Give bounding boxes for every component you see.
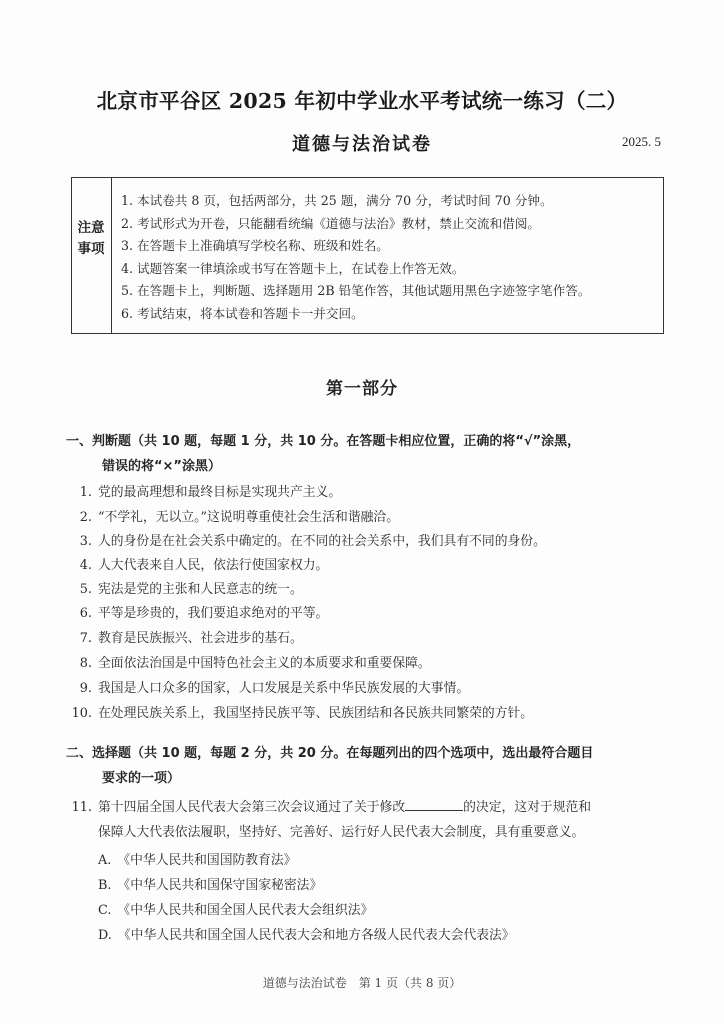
question-text: 人的身份是在社会关系中确定的。在不同的社会关系中，我们具有不同的身份。: [98, 534, 546, 549]
section1-heading-line2: 错误的将“×”涂黑）: [102, 455, 221, 474]
question-text: “不学礼，无以立。”这说明尊重使社会生活和谐融洽。: [98, 510, 399, 525]
question-text: 教育是民族振兴、社会进步的基石。: [98, 631, 303, 646]
question-text: 我国是人口众多的国家，人口发展是关系中华民族发展的大事情。: [98, 681, 469, 696]
question-item: 1.党的最高理想和最终目标是实现共产主义。: [68, 481, 341, 500]
question-text: 全面依法治国是中国特色社会主义的本质要求和重要保障。: [98, 656, 431, 671]
option-c: C.《中华人民共和国全国人民代表大会组织法》: [98, 899, 373, 918]
exam-title: 北京市平谷区 2025 年初中学业水平考试统一练习（二）: [0, 84, 724, 114]
option-letter: C.: [98, 903, 111, 918]
question-text: 在处理民族关系上，我国坚持民族平等、民族团结和各民族共同繁荣的方针。: [98, 706, 533, 721]
option-text: 《中华人民共和国全国人民代表大会组织法》: [117, 903, 373, 918]
question-number: 5.: [68, 582, 92, 597]
notice-list: 1. 本试卷共 8 页，包括两部分，共 25 题，满分 70 分，考试时间 70…: [121, 190, 590, 326]
option-letter: A.: [98, 853, 111, 868]
question-11-line1: 11.第十四届全国人民代表大会第三次会议通过了关于修改的决定，这对于规范和: [68, 796, 591, 815]
question-item: 10.在处理民族关系上，我国坚持民族平等、民族团结和各民族共同繁荣的方针。: [68, 702, 533, 721]
question-11-line2: 保障人大代表依法履职，坚持好、完善好、运行好人民代表大会制度，具有重要意义。: [98, 821, 584, 840]
question-text: 平等是珍贵的，我们要追求绝对的平等。: [98, 606, 328, 621]
notice-label-column: 注意事项: [72, 178, 112, 333]
question-item: 4.人大代表来自人民，依法行使国家权力。: [68, 554, 328, 573]
fill-blank: [405, 798, 463, 811]
question-number: 6.: [68, 606, 92, 621]
option-text: 《中华人民共和国全国人民代表大会和地方各级人民代表大会代表法》: [118, 928, 515, 943]
option-b: B.《中华人民共和国保守国家秘密法》: [98, 874, 322, 893]
question-text: 第十四届全国人民代表大会第三次会议通过了关于修改: [98, 800, 405, 815]
option-letter: D.: [98, 928, 112, 943]
notice-item: 5. 在答题卡上，判断题、选择题用 2B 铅笔作答，其他试题用黑色字迹签字笔作答…: [121, 280, 590, 303]
question-number: 3.: [68, 534, 92, 549]
option-text: 《中华人民共和国国防教育法》: [117, 853, 296, 868]
question-number: 8.: [68, 656, 92, 671]
section1-heading-line1: 一、判断题（共 10 题，每题 1 分，共 10 分。在答题卡相应位置，正确的将…: [66, 430, 580, 449]
question-number: 11.: [68, 800, 92, 815]
option-text: 《中华人民共和国保守国家秘密法》: [117, 878, 322, 893]
exam-date: 2025. 5: [622, 134, 661, 150]
question-number: 10.: [68, 706, 92, 721]
question-item: 7.教育是民族振兴、社会进步的基石。: [68, 627, 303, 646]
question-item: 5.宪法是党的主张和人民意志的统一。: [68, 578, 303, 597]
question-item: 3.人的身份是在社会关系中确定的。在不同的社会关系中，我们具有不同的身份。: [68, 530, 546, 549]
question-item: 8.全面依法治国是中国特色社会主义的本质要求和重要保障。: [68, 652, 431, 671]
notice-item: 6. 考试结束，将本试卷和答题卡一并交回。: [121, 303, 590, 326]
option-a: A.《中华人民共和国国防教育法》: [98, 849, 296, 868]
notice-item: 4. 试题答案一律填涂或书写在答题卡上，在试卷上作答无效。: [121, 258, 590, 281]
question-item: 6.平等是珍贵的，我们要追求绝对的平等。: [68, 602, 328, 621]
notice-item: 2. 考试形式为开卷，只能翻看统编《道德与法治》教材，禁止交流和借阅。: [121, 213, 590, 236]
notice-item: 1. 本试卷共 8 页，包括两部分，共 25 题，满分 70 分，考试时间 70…: [121, 190, 590, 213]
option-letter: B.: [98, 878, 111, 893]
question-text: 的决定，这对于规范和: [463, 800, 591, 815]
notice-box: 注意事项 1. 本试卷共 8 页，包括两部分，共 25 题，满分 70 分，考试…: [71, 177, 664, 334]
subject-title: 道德与法治试卷: [0, 130, 724, 156]
page-footer: 道德与法治试卷 第 1 页（共 8 页）: [0, 974, 724, 991]
question-text: 宪法是党的主张和人民意志的统一。: [98, 582, 303, 597]
question-number: 1.: [68, 485, 92, 500]
question-item: 2.“不学礼，无以立。”这说明尊重使社会生活和谐融洽。: [68, 506, 399, 525]
notice-label: 注意事项: [72, 218, 110, 260]
question-number: 9.: [68, 681, 92, 696]
question-number: 7.: [68, 631, 92, 646]
question-number: 4.: [68, 558, 92, 573]
section2-heading-line1: 二、选择题（共 10 题，每题 2 分，共 20 分。在每题列出的四个选项中，选…: [66, 742, 593, 761]
notice-item: 3. 在答题卡上准确填写学校名称、班级和姓名。: [121, 235, 590, 258]
question-text: 人大代表来自人民，依法行使国家权力。: [98, 558, 328, 573]
question-number: 2.: [68, 510, 92, 525]
part-title: 第一部分: [0, 374, 724, 399]
option-d: D.《中华人民共和国全国人民代表大会和地方各级人民代表大会代表法》: [98, 924, 515, 943]
question-text: 党的最高理想和最终目标是实现共产主义。: [98, 485, 341, 500]
question-item: 9.我国是人口众多的国家，人口发展是关系中华民族发展的大事情。: [68, 677, 469, 696]
section2-heading-line2: 要求的一项）: [102, 767, 180, 786]
